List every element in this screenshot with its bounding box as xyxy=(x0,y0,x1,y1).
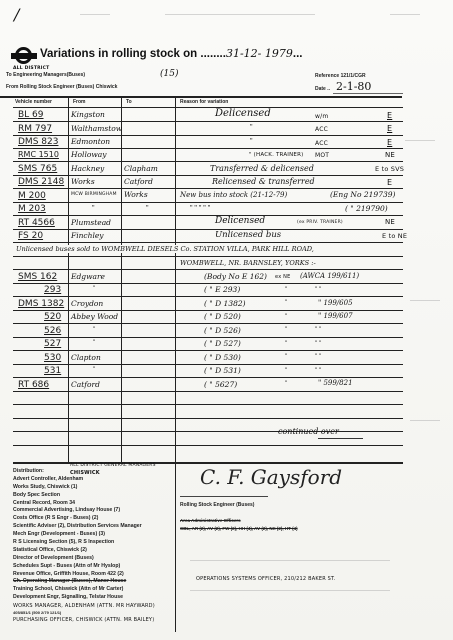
vehicle-number: 293 xyxy=(44,285,61,295)
vehicle-number: SMS 162 xyxy=(18,272,57,282)
signature: C. F. Gaysford xyxy=(200,465,342,489)
distribution-item: Ch. Operating Manager (Buses), Manor Hou… xyxy=(13,578,142,586)
note: w/m xyxy=(315,113,328,120)
from-garage: Works xyxy=(71,177,95,186)
status: " xyxy=(285,381,287,387)
from-garage: Catford xyxy=(71,380,100,389)
reason: " xyxy=(250,124,253,131)
status: " xyxy=(285,314,287,320)
from-garage: " xyxy=(93,367,95,373)
ref: " " xyxy=(315,368,321,374)
from-garage: Finchley xyxy=(71,231,104,240)
reason: Delicensed xyxy=(215,216,265,226)
struck-line: Area Administrative Officers xyxy=(180,518,241,523)
body-number: ( " D 531) xyxy=(204,366,241,375)
status: " xyxy=(285,287,287,293)
distribution-item: Schedules Supt - Buses (Attn of Mr Hyslo… xyxy=(13,563,142,571)
header-to: To xyxy=(126,99,132,105)
to-garage: " xyxy=(146,205,149,212)
vehicle-number: 530 xyxy=(44,353,61,363)
vehicle-number: 526 xyxy=(44,326,61,336)
engine-number: (Eng No 219739) xyxy=(330,190,395,199)
from-garage: " xyxy=(93,340,95,346)
from-garage: Croydon xyxy=(71,299,103,308)
distribution-item: Commercial Advertising, Lindsay House (7… xyxy=(13,507,142,515)
struck-line: CBL, AR (2), AV (2), FW (2), HH (4), AV … xyxy=(180,526,298,531)
body-number: ( " D 526) xyxy=(204,326,241,335)
ref: " 199/607 xyxy=(318,312,353,320)
form-code: 405/851/1 (500 2/79 121/1) xyxy=(13,610,61,615)
reason: " " " " " xyxy=(190,205,210,212)
ref: " " xyxy=(315,327,321,333)
document-page: / Variations in rolling stock on .......… xyxy=(0,0,453,640)
distribution-item: Training School, Chiswick (Attn of Mr Ca… xyxy=(13,586,142,594)
title-date: 31-12- 1979 xyxy=(226,47,293,60)
code: E xyxy=(387,138,392,147)
body-number: ( " D 520) xyxy=(204,312,241,321)
from-garage: Hackney xyxy=(71,164,104,173)
page-title: Variations in rolling stock on ........3… xyxy=(40,47,302,60)
status: " xyxy=(285,300,287,306)
distribution-label: Distribution: xyxy=(13,468,142,476)
signature-title: Rolling Stock Engineer (Buses) xyxy=(180,502,254,508)
reason: Transferred & delicensed xyxy=(210,164,314,173)
sheet-number: (15) xyxy=(160,69,178,79)
distribution-item: Body Spec Section xyxy=(13,492,142,500)
date-label: Date .. xyxy=(315,86,330,92)
sold-note-line-2: WOMBWELL, NR. BARNSLEY, YORKS :- xyxy=(180,259,316,267)
vehicle-number: BL 69 xyxy=(18,110,44,120)
note: MOT xyxy=(315,152,329,159)
code: NE xyxy=(385,218,395,226)
from-garage: Edgware xyxy=(71,272,105,281)
reference: Reference 121/1/CGR xyxy=(315,73,366,79)
header-reason: Reason for variation xyxy=(180,99,228,105)
sold-note-line-1: Unlicensed buses sold to WOMBWELL DIESEL… xyxy=(16,245,316,253)
reason: Delicensed xyxy=(215,108,271,119)
vehicle-number: 520 xyxy=(44,312,61,322)
tick-mark: / xyxy=(14,5,19,24)
code: E xyxy=(387,111,392,120)
distribution-item: Development Engr, Signalling, Telstar Ho… xyxy=(13,594,142,602)
from-garage: Clapton xyxy=(71,353,101,362)
to-line: To Engineering Managers(Buses) xyxy=(6,72,85,78)
status: ex NE xyxy=(275,274,290,280)
distribution-handwritten-extra: WORKS MANAGER, ALDENHAM (ATTN. MR HAYWAR… xyxy=(13,603,155,609)
distribution-item: Costs Office (R S Engr - Buses) (2) xyxy=(13,515,142,523)
body-number: ( " D 1382) xyxy=(204,299,246,308)
code: E to NE xyxy=(382,232,407,240)
distribution-item: Statistical Office, Chiswick (2) xyxy=(13,547,142,555)
from-garage: " xyxy=(92,205,95,212)
reason: New bus into stock (21-12-79) xyxy=(180,191,287,199)
distribution-item: Advert Controller, Aldenham xyxy=(13,476,142,484)
distribution-item: R S Licensing Section (5), R S Inspectio… xyxy=(13,539,142,547)
vehicle-number: DMS 823 xyxy=(18,137,58,147)
distribution-item: Scientific Adviser (2), Distribution Ser… xyxy=(13,523,142,531)
distribution-item: Works Study, Chiswick (1) xyxy=(13,484,142,492)
vehicle-number: M 203 xyxy=(18,204,46,214)
to-garage: Clapham xyxy=(124,164,158,173)
reason: " xyxy=(250,138,253,145)
note: ACC xyxy=(315,126,328,133)
continued-over: continued over xyxy=(278,427,339,436)
status: " xyxy=(285,341,287,347)
vehicle-number: DMS 1382 xyxy=(18,299,64,309)
from-garage: Plumstead xyxy=(71,218,111,227)
distribution-item: Director of Development (Buses) xyxy=(13,555,142,563)
status: " xyxy=(285,354,287,360)
vehicle-number: FS 20 xyxy=(18,231,43,241)
from-garage: Holloway xyxy=(71,150,107,159)
distribution-item: Central Record, Room 34 xyxy=(13,500,142,508)
ref: " 199/605 xyxy=(318,299,353,307)
code: E xyxy=(387,178,392,187)
vehicle-number: 527 xyxy=(44,339,61,349)
from-garage: Edmonton xyxy=(71,137,110,146)
body-number: ( " D 530) xyxy=(204,353,241,362)
distribution-item: Revenue Office, Griffith House, Room 422… xyxy=(13,571,142,579)
roundel-ring-icon xyxy=(15,47,32,64)
note: (ex PRIV. TRAINER) xyxy=(297,220,343,225)
ref: " " xyxy=(315,354,321,360)
from-garage: Kingston xyxy=(71,110,105,119)
distribution-item: Mech Engr (Development - Buses) (3) xyxy=(13,531,142,539)
ref: (AWCA 199/611) xyxy=(300,272,359,280)
from-line: From Rolling Stock Engineer (Buses) Chis… xyxy=(6,84,117,90)
vehicle-number: RT 686 xyxy=(18,380,49,390)
code: NE xyxy=(385,151,395,159)
code: E to SVS xyxy=(375,165,404,173)
vehicle-number: DMS 2148 xyxy=(18,177,64,187)
vehicle-number: RT 4566 xyxy=(18,218,55,228)
ref: " " xyxy=(315,341,321,347)
header-vehicle-number: Vehicle number xyxy=(15,99,52,105)
vehicle-number: RMC 1510 xyxy=(18,150,59,159)
ref: " " xyxy=(315,287,321,293)
to-line-inserted: ALL DISTRICT xyxy=(13,66,49,71)
from-garage: MCW BIRMINGHAM xyxy=(71,192,119,197)
status: " xyxy=(285,368,287,374)
distribution-handwritten-extra: PURCHASING OFFICER, CHISWICK (ATTN. MR B… xyxy=(13,617,154,623)
to-garage: Works xyxy=(124,190,148,199)
reason: Relicensed & transferred xyxy=(212,177,315,186)
distribution-handwritten-extra: OPERATIONS SYSTEMS OFFICER, 210/212 BAKE… xyxy=(196,576,335,582)
reason: Unlicensed bus xyxy=(215,230,281,240)
reason: " (HACK. TRAINER) xyxy=(249,152,303,158)
body-number: ( " E 293) xyxy=(204,285,240,294)
vehicle-number: M 200 xyxy=(18,191,46,201)
header-from: From xyxy=(73,99,86,105)
from-garage: " xyxy=(93,327,95,333)
vehicle-number: RM 797 xyxy=(18,124,52,134)
distribution-list: Distribution: Advert Controller, Aldenha… xyxy=(13,468,142,602)
from-garage: Walthamstow xyxy=(71,124,122,133)
ref: " 599/821 xyxy=(318,379,353,387)
from-garage: " xyxy=(93,286,95,292)
from-garage: Abbey Wood xyxy=(71,312,118,321)
date-value: 2-1-80 xyxy=(336,80,371,93)
code: E xyxy=(387,124,392,133)
body-number: ( " 5627) xyxy=(204,380,237,389)
to-garage: Catford xyxy=(124,177,153,186)
body-number: (Body No E 162) xyxy=(204,272,267,281)
vehicle-number: SMS 765 xyxy=(18,164,57,174)
status: " xyxy=(285,327,287,333)
note: ACC xyxy=(315,140,328,147)
body-number: ( " D 527) xyxy=(204,339,241,348)
vehicle-number: 531 xyxy=(44,366,61,376)
engine-number: ( " 219790) xyxy=(345,204,388,213)
